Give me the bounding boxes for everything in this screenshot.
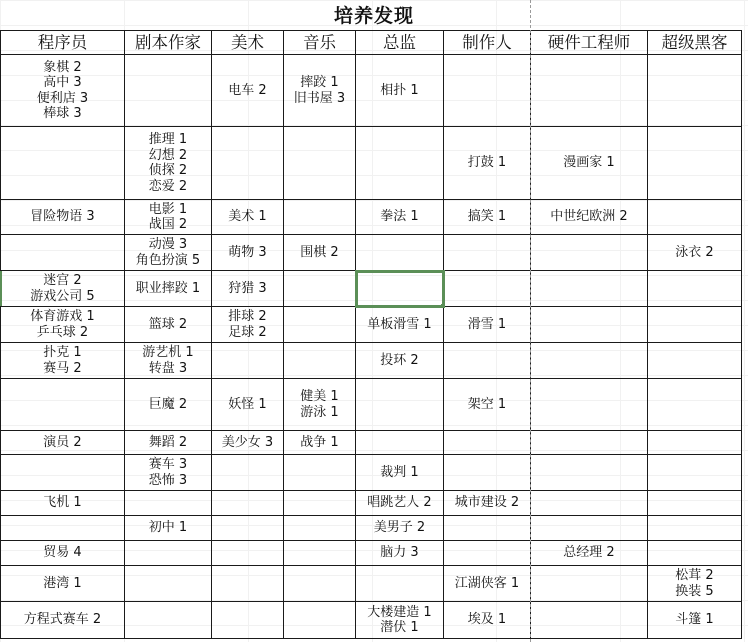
table-cell[interactable]: 城市建设 2: [444, 491, 531, 516]
table-cell[interactable]: [648, 55, 742, 127]
table-cell[interactable]: [212, 516, 284, 541]
table-cell[interactable]: [531, 307, 648, 343]
cell-entry: 篮球 2: [125, 317, 211, 333]
cell-entry: 斗篷 1: [648, 612, 741, 628]
table-cell[interactable]: [531, 55, 648, 127]
table-cell[interactable]: [125, 541, 212, 566]
column-header-2[interactable]: 美术: [212, 31, 284, 55]
table-cell[interactable]: 投环 2: [356, 343, 444, 379]
table-cell[interactable]: 迷宫 2游戏公司 5: [1, 271, 125, 307]
table-cell[interactable]: [531, 271, 648, 307]
table-cell[interactable]: 泳衣 2: [648, 235, 742, 271]
cell-entry: 美术 1: [212, 209, 283, 225]
cell-entry: 架空 1: [444, 397, 530, 413]
cell-entry: 侦探 2: [125, 163, 211, 179]
cell-entry: 赛马 2: [1, 361, 124, 377]
table-cell[interactable]: 体育游戏 1乒乓球 2: [1, 307, 125, 343]
table-cell[interactable]: [284, 200, 356, 235]
table-cell[interactable]: 职业摔跤 1: [125, 271, 212, 307]
table-cell[interactable]: 演员 2: [1, 431, 125, 455]
table-cell[interactable]: [284, 127, 356, 200]
table-cell[interactable]: 相扑 1: [356, 55, 444, 127]
table-cell[interactable]: [125, 602, 212, 639]
table-cell[interactable]: 斗篷 1: [648, 602, 742, 639]
cell-entry: 飞机 1: [1, 495, 124, 511]
cell-entry: 幻想 2: [125, 148, 211, 164]
cell-entry: 埃及 1: [444, 612, 530, 628]
table-cell[interactable]: 狩猎 3: [212, 271, 284, 307]
row-selection-indicator: [0, 271, 2, 306]
table-cell[interactable]: [125, 491, 212, 516]
table-cell[interactable]: 搞笑 1: [444, 200, 531, 235]
table-row: 扑克 1赛马 2游艺机 1转盘 3投环 2: [1, 343, 742, 379]
table-row: 巨魔 2妖怪 1健美 1游泳 1架空 1: [1, 379, 742, 431]
cell-entry: 转盘 3: [125, 361, 211, 377]
table-cell[interactable]: 初中 1: [125, 516, 212, 541]
table-cell[interactable]: 松茸 2换装 5: [648, 566, 742, 602]
column-header-7[interactable]: 超级黑客: [648, 31, 742, 55]
table-cell[interactable]: [284, 491, 356, 516]
table-cell[interactable]: [356, 431, 444, 455]
table-cell[interactable]: 电车 2: [212, 55, 284, 127]
table-cell[interactable]: 美术 1: [212, 200, 284, 235]
table-cell[interactable]: [648, 379, 742, 431]
table-cell[interactable]: [212, 566, 284, 602]
cell-entry: 象棋 2: [1, 60, 124, 76]
table-cell[interactable]: 拳法 1: [356, 200, 444, 235]
sheet-title[interactable]: 培养发现: [0, 0, 748, 30]
cell-entry: 战国 2: [125, 217, 211, 233]
table-cell[interactable]: [444, 541, 531, 566]
table-cell[interactable]: [1, 455, 125, 491]
cell-entry: 脑力 3: [356, 545, 443, 561]
table-cell[interactable]: 冒险物语 3: [1, 200, 125, 235]
header-row: 程序员剧本作家美术音乐总监制作人硬件工程师超级黑客: [1, 31, 742, 55]
cell-entry: 妖怪 1: [212, 397, 283, 413]
table-cell[interactable]: [356, 566, 444, 602]
table-cell[interactable]: [531, 379, 648, 431]
table-cell[interactable]: [648, 271, 742, 307]
table-cell[interactable]: [284, 271, 356, 307]
table-cell[interactable]: [444, 431, 531, 455]
cell-entry: 棒球 3: [1, 106, 124, 122]
selected-cell[interactable]: [356, 271, 444, 307]
cell-entry: 搞笑 1: [444, 209, 530, 225]
cell-entry: 唱跳艺人 2: [356, 495, 443, 511]
cell-entry: 恐怖 3: [125, 473, 211, 489]
table-cell[interactable]: [284, 602, 356, 639]
table-cell[interactable]: [212, 343, 284, 379]
cell-entry: 美少女 3: [212, 435, 283, 451]
table-cell[interactable]: 美少女 3: [212, 431, 284, 455]
table-cell[interactable]: [648, 455, 742, 491]
cell-entry: 滑雪 1: [444, 317, 530, 333]
cell-entry: 狩猎 3: [212, 281, 283, 297]
cell-entry: 旧书屋 3: [284, 91, 355, 107]
cell-entry: 中世纪欧洲 2: [531, 209, 647, 225]
table-cell[interactable]: [444, 55, 531, 127]
table-cell[interactable]: [444, 455, 531, 491]
table-cell[interactable]: 打鼓 1: [444, 127, 531, 200]
table-cell[interactable]: [648, 516, 742, 541]
table-cell[interactable]: 总经理 2: [531, 541, 648, 566]
cell-entry: 足球 2: [212, 325, 283, 341]
table-cell[interactable]: [531, 431, 648, 455]
cell-entry: 战争 1: [284, 435, 355, 451]
table-cell[interactable]: [212, 491, 284, 516]
cell-entry: 乒乓球 2: [1, 325, 124, 341]
table-cell[interactable]: [356, 127, 444, 200]
table-cell[interactable]: 围棋 2: [284, 235, 356, 271]
table-cell[interactable]: [444, 516, 531, 541]
table-row: 推理 1幻想 2侦探 2恋爱 2打鼓 1漫画家 1: [1, 127, 742, 200]
table-row: 方程式赛车 2大楼建造 1潜伏 1埃及 1斗篷 1: [1, 602, 742, 639]
cell-entry: 拳法 1: [356, 209, 443, 225]
table-cell[interactable]: [531, 602, 648, 639]
table-cell[interactable]: [531, 566, 648, 602]
cell-entry: 游戏公司 5: [1, 289, 124, 305]
cell-entry: 游泳 1: [284, 405, 355, 421]
table-cell[interactable]: [531, 343, 648, 379]
cell-entry: 摔跤 1: [284, 75, 355, 91]
cell-entry: 动漫 3: [125, 237, 211, 253]
table-cell[interactable]: 滑雪 1: [444, 307, 531, 343]
cell-entry: 巨魔 2: [125, 397, 211, 413]
cell-entry: 恋爱 2: [125, 179, 211, 195]
talent-discovery-table: 程序员剧本作家美术音乐总监制作人硬件工程师超级黑客 象棋 2高中 3便利店 3棒…: [0, 30, 742, 639]
cell-entry: 舞蹈 2: [125, 435, 211, 451]
table-row: 贸易 4脑力 3总经理 2: [1, 541, 742, 566]
cell-entry: 高中 3: [1, 75, 124, 91]
table-cell[interactable]: 舞蹈 2: [125, 431, 212, 455]
table-cell[interactable]: 扑克 1赛马 2: [1, 343, 125, 379]
cell-entry: 电车 2: [212, 83, 283, 99]
column-header-4[interactable]: 总监: [356, 31, 444, 55]
table-cell[interactable]: 妖怪 1: [212, 379, 284, 431]
column-header-5[interactable]: 制作人: [444, 31, 531, 55]
table-cell[interactable]: 美男子 2: [356, 516, 444, 541]
table-cell[interactable]: [648, 127, 742, 200]
cell-entry: 港湾 1: [1, 576, 124, 592]
column-header-3[interactable]: 音乐: [284, 31, 356, 55]
cell-entry: 泳衣 2: [648, 245, 741, 261]
cell-entry: 排球 2: [212, 309, 283, 325]
cell-entry: 总经理 2: [531, 545, 647, 561]
cell-entry: 松茸 2: [648, 568, 741, 584]
cell-entry: 电影 1: [125, 202, 211, 218]
table-row: 动漫 3角色扮演 5萌物 3围棋 2泳衣 2: [1, 235, 742, 271]
table-cell[interactable]: [125, 55, 212, 127]
cell-entry: 演员 2: [1, 435, 124, 451]
table-cell[interactable]: [284, 566, 356, 602]
table-cell[interactable]: [648, 541, 742, 566]
cell-entry: 便利店 3: [1, 91, 124, 107]
table-cell[interactable]: [444, 343, 531, 379]
table-cell[interactable]: 游艺机 1转盘 3: [125, 343, 212, 379]
table-cell[interactable]: [212, 127, 284, 200]
table-cell[interactable]: [212, 455, 284, 491]
table-cell[interactable]: 象棋 2高中 3便利店 3棒球 3: [1, 55, 125, 127]
table-cell[interactable]: 战争 1: [284, 431, 356, 455]
cell-entry: 扑克 1: [1, 345, 124, 361]
cell-entry: 打鼓 1: [444, 155, 530, 171]
table-row: 象棋 2高中 3便利店 3棒球 3电车 2摔跤 1旧书屋 3相扑 1: [1, 55, 742, 127]
cell-entry: 游艺机 1: [125, 345, 211, 361]
table-cell[interactable]: [444, 271, 531, 307]
table-cell[interactable]: [648, 307, 742, 343]
table-cell[interactable]: 脑力 3: [356, 541, 444, 566]
cell-entry: 推理 1: [125, 132, 211, 148]
table-row: 港湾 1江湖侠客 1松茸 2换装 5: [1, 566, 742, 602]
column-header-1[interactable]: 剧本作家: [125, 31, 212, 55]
cell-entry: 裁判 1: [356, 465, 443, 481]
cell-entry: 迷宫 2: [1, 273, 124, 289]
table-cell[interactable]: [531, 516, 648, 541]
cell-entry: 冒险物语 3: [1, 209, 124, 225]
table-cell[interactable]: 贸易 4: [1, 541, 125, 566]
table-cell[interactable]: [284, 516, 356, 541]
cell-entry: 换装 5: [648, 584, 741, 600]
table-cell[interactable]: [356, 235, 444, 271]
table-cell[interactable]: 动漫 3角色扮演 5: [125, 235, 212, 271]
table-row: 迷宫 2游戏公司 5职业摔跤 1狩猎 3: [1, 271, 742, 307]
table-cell[interactable]: 漫画家 1: [531, 127, 648, 200]
table-cell[interactable]: 飞机 1: [1, 491, 125, 516]
cell-entry: 角色扮演 5: [125, 253, 211, 269]
cell-entry: 萌物 3: [212, 245, 283, 261]
table-cell[interactable]: [531, 491, 648, 516]
table-cell[interactable]: [648, 491, 742, 516]
table-cell[interactable]: 健美 1游泳 1: [284, 379, 356, 431]
table-cell[interactable]: [648, 431, 742, 455]
table-cell[interactable]: [212, 602, 284, 639]
table-cell[interactable]: [648, 343, 742, 379]
table-cell[interactable]: 萌物 3: [212, 235, 284, 271]
table-cell[interactable]: 单板滑雪 1: [356, 307, 444, 343]
cell-entry: 贸易 4: [1, 545, 124, 561]
table-row: 赛车 3恐怖 3裁判 1: [1, 455, 742, 491]
cell-entry: 单板滑雪 1: [356, 317, 443, 333]
table-cell[interactable]: 大楼建造 1潜伏 1: [356, 602, 444, 639]
table-cell[interactable]: 架空 1: [444, 379, 531, 431]
cell-entry: 相扑 1: [356, 83, 443, 99]
cell-entry: 健美 1: [284, 389, 355, 405]
column-header-0[interactable]: 程序员: [1, 31, 125, 55]
cell-entry: 城市建设 2: [444, 495, 530, 511]
table-cell[interactable]: 裁判 1: [356, 455, 444, 491]
table-cell[interactable]: 赛车 3恐怖 3: [125, 455, 212, 491]
table-cell[interactable]: 推理 1幻想 2侦探 2恋爱 2: [125, 127, 212, 200]
table-cell[interactable]: [1, 516, 125, 541]
cell-entry: 围棋 2: [284, 245, 355, 261]
cell-entry: 潜伏 1: [356, 620, 443, 636]
cell-entry: 体育游戏 1: [1, 309, 124, 325]
table-cell[interactable]: 唱跳艺人 2: [356, 491, 444, 516]
table-cell[interactable]: [444, 235, 531, 271]
cell-entry: 投环 2: [356, 353, 443, 369]
table-cell[interactable]: [531, 455, 648, 491]
table-cell[interactable]: [356, 379, 444, 431]
table-cell[interactable]: [284, 455, 356, 491]
table-row: 体育游戏 1乒乓球 2篮球 2排球 2足球 2单板滑雪 1滑雪 1: [1, 307, 742, 343]
table-cell[interactable]: [648, 200, 742, 235]
table-cell[interactable]: [284, 307, 356, 343]
cell-entry: 漫画家 1: [531, 155, 647, 171]
table-cell[interactable]: [284, 343, 356, 379]
table-cell[interactable]: 中世纪欧洲 2: [531, 200, 648, 235]
table-row: 演员 2舞蹈 2美少女 3战争 1: [1, 431, 742, 455]
table-cell[interactable]: 排球 2足球 2: [212, 307, 284, 343]
table-cell[interactable]: [531, 235, 648, 271]
cell-entry: 美男子 2: [356, 520, 443, 536]
table-cell[interactable]: [212, 541, 284, 566]
table-cell[interactable]: 江湖侠客 1: [444, 566, 531, 602]
column-header-6[interactable]: 硬件工程师: [531, 31, 648, 55]
table-cell[interactable]: [284, 541, 356, 566]
table-row: 飞机 1唱跳艺人 2城市建设 2: [1, 491, 742, 516]
table-cell[interactable]: 篮球 2: [125, 307, 212, 343]
table-cell[interactable]: 摔跤 1旧书屋 3: [284, 55, 356, 127]
table-cell[interactable]: [1, 379, 125, 431]
table-row: 冒险物语 3电影 1战国 2美术 1拳法 1搞笑 1中世纪欧洲 2: [1, 200, 742, 235]
table-cell[interactable]: [1, 127, 125, 200]
table-cell[interactable]: 港湾 1: [1, 566, 125, 602]
table-row: 初中 1美男子 2: [1, 516, 742, 541]
table-cell[interactable]: 方程式赛车 2: [1, 602, 125, 639]
cell-entry: 初中 1: [125, 520, 211, 536]
table-cell[interactable]: 埃及 1: [444, 602, 531, 639]
cell-entry: 职业摔跤 1: [125, 281, 211, 297]
cell-entry: 江湖侠客 1: [444, 576, 530, 592]
cell-entry: 方程式赛车 2: [1, 612, 124, 628]
table-cell[interactable]: [125, 566, 212, 602]
cell-entry: 赛车 3: [125, 457, 211, 473]
table-cell[interactable]: [1, 235, 125, 271]
table-cell[interactable]: 电影 1战国 2: [125, 200, 212, 235]
table-cell[interactable]: 巨魔 2: [125, 379, 212, 431]
cell-entry: 大楼建造 1: [356, 605, 443, 621]
